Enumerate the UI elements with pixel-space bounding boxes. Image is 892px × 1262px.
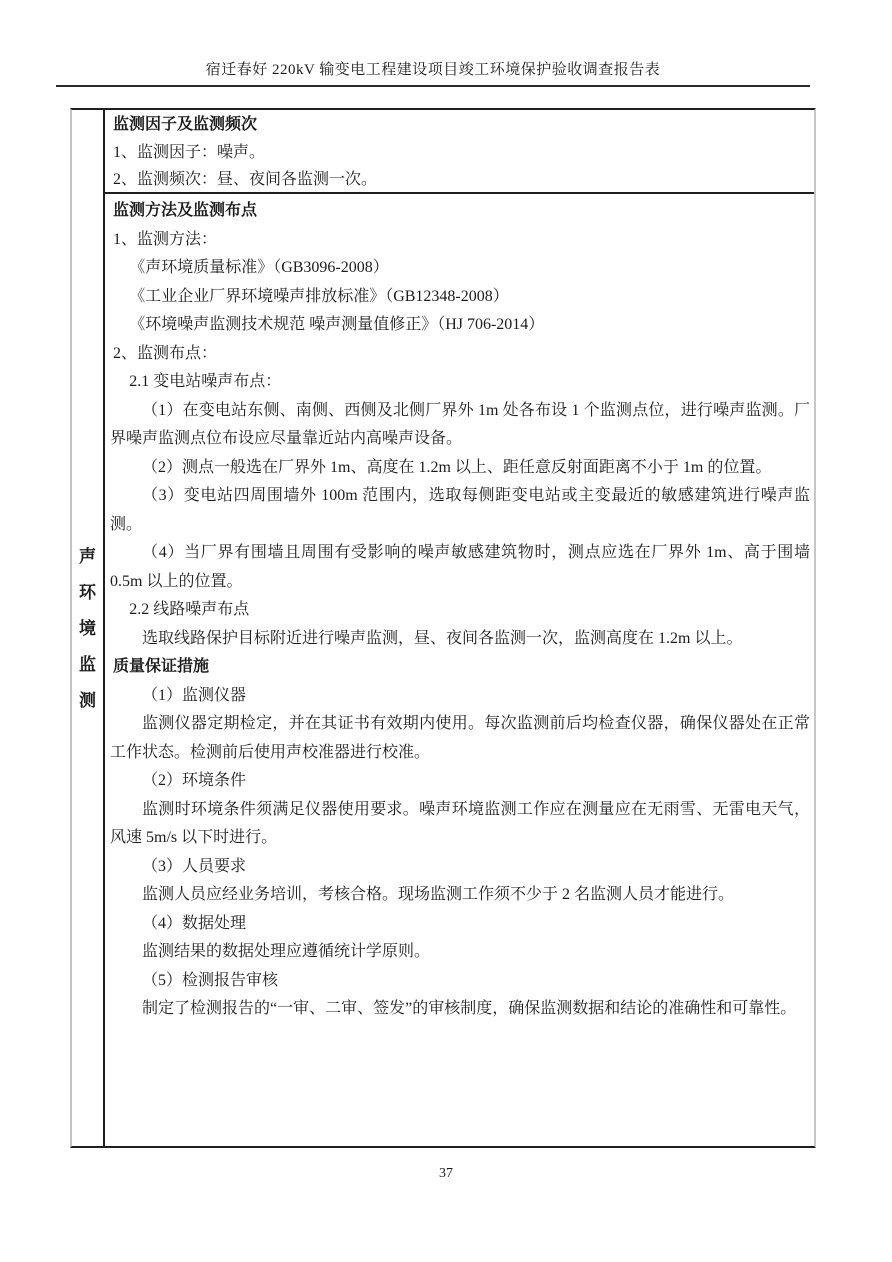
text-line: 监测仪器定期检定，并在其证书有效期内使用。每次监测前后均检查仪器，确保仪器处在正…: [110, 710, 810, 767]
text-line: （1）监测仪器: [110, 682, 810, 711]
text-line: 《工业企业厂界环境噪声排放标准》（GB12348-2008）: [110, 283, 810, 312]
text-line: （3）变电站四周围墙外 100m 范围内，选取每侧距变电站或主变最近的敏感建筑进…: [110, 482, 810, 539]
row-label-char: 监: [79, 656, 96, 673]
text-line: 《声环境质量标准》（GB3096-2008）: [110, 254, 810, 283]
text-line: 2、监测布点：: [110, 340, 810, 369]
text-line: （1）在变电站东侧、南侧、西侧及北侧厂界外 1m 处各布设 1 个监测点位，进行…: [110, 397, 810, 454]
text-line: （2）环境条件: [110, 767, 810, 796]
page-header-title: 宿迁春好 220kV 输变电工程建设项目竣工环境保护验收调查报告表: [56, 58, 810, 87]
row-label-char: 环: [79, 584, 96, 601]
text-line: （3）人员要求: [110, 853, 810, 882]
text-line: （2）测点一般选在厂界外 1m、高度在 1.2m 以上、距任意反射面距离不小于 …: [110, 454, 810, 483]
text-line: 监测时环境条件须满足仪器使用要求。噪声环境监测工作应在测量应在无雨雪、无雷电天气…: [110, 796, 810, 853]
section-heading: 监测因子及监测频次: [110, 111, 810, 139]
page-number: 37: [0, 1166, 892, 1182]
content-cells: 监测因子及监测频次1、监测因子：噪声。2、监测频次：昼、夜间各监测一次。监测方法…: [105, 110, 814, 1146]
text-line: 监测结果的数据处理应遵循统计学原则。: [110, 938, 810, 967]
text-line: （4）数据处理: [110, 910, 810, 939]
section-heading: 监测方法及监测布点: [110, 197, 810, 226]
text-line: 选取线路保护目标附近进行噪声监测，昼、夜间各监测一次，监测高度在 1.2m 以上…: [110, 625, 810, 654]
table-cell: 监测方法及监测布点1、监测方法：《声环境质量标准》（GB3096-2008）《工…: [105, 194, 814, 1146]
table-cell: 监测因子及监测频次1、监测因子：噪声。2、监测频次：昼、夜间各监测一次。: [105, 110, 814, 194]
text-line: 2.1 变电站噪声布点：: [110, 368, 810, 397]
text-line: 2、监测频次：昼、夜间各监测一次。: [110, 166, 810, 194]
text-line: 1、监测方法：: [110, 226, 810, 255]
row-label-char: 声: [79, 548, 96, 565]
section-heading: 质量保证措施: [110, 653, 810, 682]
report-table: 声环境监测 监测因子及监测频次1、监测因子：噪声。2、监测频次：昼、夜间各监测一…: [70, 108, 816, 1148]
text-line: 《环境噪声监测技术规范 噪声测量值修正》（HJ 706-2014）: [110, 311, 810, 340]
text-line: 1、监测因子：噪声。: [110, 139, 810, 167]
text-line: （5）检测报告审核: [110, 967, 810, 996]
row-label-char: 境: [79, 620, 96, 637]
text-line: 2.2 线路噪声布点: [110, 596, 810, 625]
text-line: （4）当厂界有围墙且周围有受影响的噪声敏感建筑物时，测点应选在厂界外 1m、高于…: [110, 539, 810, 596]
row-label: 声环境监测: [72, 110, 105, 1146]
text-line: 监测人员应经业务培训，考核合格。现场监测工作须不少于 2 名监测人员才能进行。: [110, 881, 810, 910]
row-label-char: 测: [79, 692, 96, 709]
text-line: 制定了检测报告的“一审、二审、签发”的审核制度，确保监测数据和结论的准确性和可靠…: [110, 995, 810, 1024]
